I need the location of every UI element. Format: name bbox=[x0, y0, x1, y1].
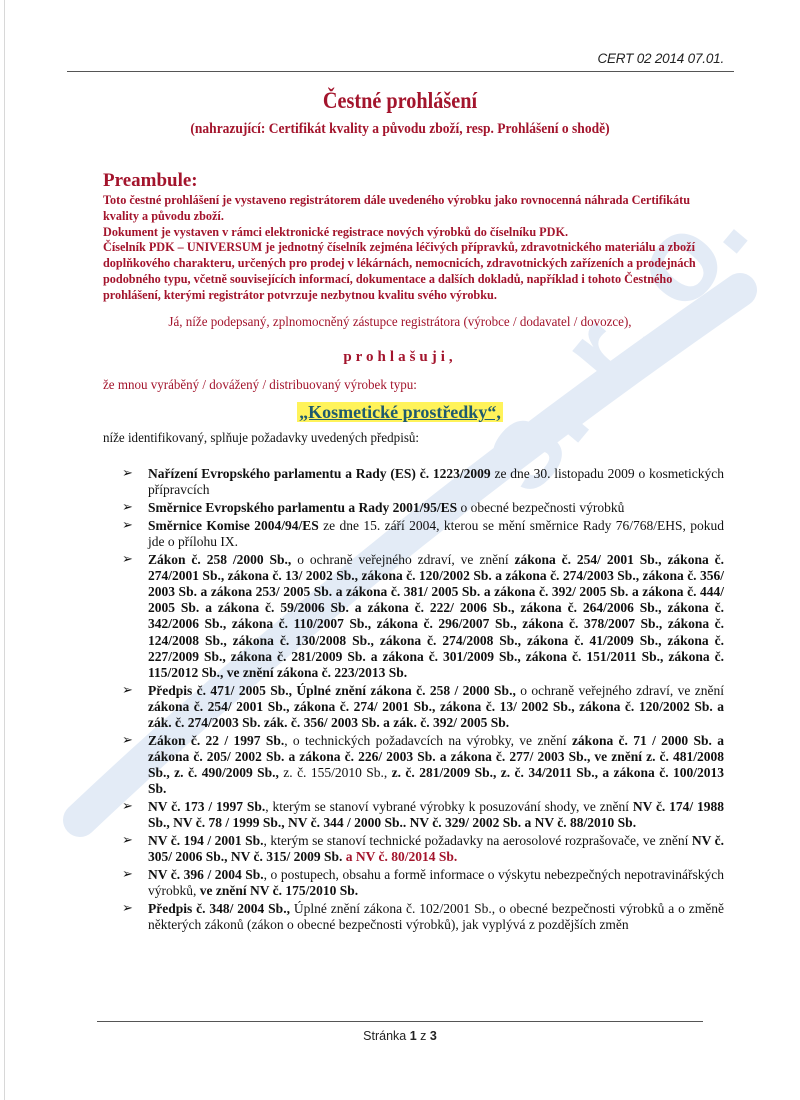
regulation-text: z. č. 155/2010 Sb., bbox=[279, 765, 392, 780]
regulation-text: o ochraně veřejného zdraví, ve znění bbox=[516, 683, 724, 698]
declarant-line: Já, níže podepsaný, zplnomocněný zástupc… bbox=[28, 315, 772, 331]
arrowhead-bullet-icon: ➢ bbox=[122, 552, 133, 568]
arrowhead-bullet-icon: ➢ bbox=[122, 833, 133, 849]
arrowhead-bullet-icon: ➢ bbox=[122, 500, 133, 516]
preamble-paragraph: Číselník PDK – UNIVERSUM je jednotný čís… bbox=[103, 239, 705, 302]
arrowhead-bullet-icon: ➢ bbox=[122, 683, 133, 699]
declare-word: prohlašuji, bbox=[0, 349, 800, 366]
regulation-text: Zákon č. 22 / 1997 Sb. bbox=[148, 733, 284, 748]
regulation-text: a NV č. 80/2014 Sb. bbox=[342, 849, 457, 864]
regulation-item: ➢Zákon č. 22 / 1997 Sb., o technických p… bbox=[122, 733, 724, 798]
page-edge-line bbox=[4, 0, 5, 1100]
regulation-text: o ochraně veřejného zdraví, ve znění bbox=[291, 552, 514, 567]
page-separator: z bbox=[420, 1029, 426, 1043]
product-type-line: že mnou vyráběný / dovážený / distribuov… bbox=[103, 378, 417, 394]
regulation-item: ➢NV č. 396 / 2004 Sb., o postupech, obsa… bbox=[122, 867, 724, 899]
regulation-text: NV č. 194 / 2001 Sb. bbox=[148, 833, 264, 848]
arrowhead-bullet-icon: ➢ bbox=[122, 901, 133, 917]
regulation-text: Směrnice Komise 2004/94/ES bbox=[148, 518, 319, 533]
document-code: CERT 02 2014 07.01. bbox=[597, 51, 724, 66]
identified-line: níže identifikovaný, splňuje požadavky u… bbox=[103, 431, 419, 447]
regulation-item: ➢Zákon č. 258 /2000 Sb., o ochraně veřej… bbox=[122, 552, 724, 682]
preamble-paragraph: Toto čestné prohlášení je vystaveno regi… bbox=[103, 192, 705, 224]
preamble-paragraph: Dokument je vystaven v rámci elektronick… bbox=[103, 224, 705, 240]
regulation-item: ➢NV č. 173 / 1997 Sb., kterým se stanoví… bbox=[122, 799, 724, 831]
arrowhead-bullet-icon: ➢ bbox=[122, 466, 133, 482]
regulation-item: ➢Směrnice Evropského parlamentu a Rady 2… bbox=[122, 500, 724, 516]
page-label: Stránka bbox=[363, 1029, 406, 1043]
product-type-block: „Kosmetické prostředky“, bbox=[0, 402, 800, 423]
product-type-highlight: „Kosmetické prostředky“, bbox=[297, 402, 503, 422]
regulation-text: Předpis č. 471/ 2005 Sb., Úplné znění zá… bbox=[148, 683, 516, 698]
header-divider bbox=[67, 71, 734, 72]
regulation-text: NV č. 173 / 1997 Sb. bbox=[148, 799, 265, 814]
arrowhead-bullet-icon: ➢ bbox=[122, 799, 133, 815]
preamble-body: Toto čestné prohlášení je vystaveno regi… bbox=[103, 192, 705, 303]
footer-divider bbox=[97, 1021, 703, 1022]
document-subtitle: (nahrazující: Certifikát kvality a původ… bbox=[40, 121, 760, 138]
regulation-text: zákona č. 254/ 2001 Sb., zákona č. 274/ … bbox=[148, 699, 724, 730]
document-title: Čestné prohlášení bbox=[48, 88, 752, 114]
regulation-item: ➢Předpis č. 471/ 2005 Sb., Úplné znění z… bbox=[122, 683, 724, 732]
arrowhead-bullet-icon: ➢ bbox=[122, 733, 133, 749]
page-number: Stránka 1 z 3 bbox=[0, 1029, 800, 1043]
regulation-text: Nařízení Evropského parlamentu a Rady (E… bbox=[148, 466, 491, 481]
regulation-item: ➢Směrnice Komise 2004/94/ES ze dne 15. z… bbox=[122, 518, 724, 550]
regulation-text: ve znění NV č. 175/2010 Sb. bbox=[200, 883, 358, 898]
regulation-item: ➢Předpis č. 348/ 2004 Sb., Úplné znění z… bbox=[122, 901, 724, 933]
regulation-text: , kterým se stanoví vybrané výrobky k po… bbox=[265, 799, 633, 814]
current-page: 1 bbox=[410, 1029, 417, 1043]
regulation-text: NV č. 396 / 2004 Sb. bbox=[148, 867, 264, 882]
arrowhead-bullet-icon: ➢ bbox=[122, 518, 133, 534]
regulation-text: , kterým se stanoví technické požadavky … bbox=[264, 833, 692, 848]
regulations-list: ➢Nařízení Evropského parlamentu a Rady (… bbox=[122, 466, 724, 935]
total-pages: 3 bbox=[430, 1029, 437, 1043]
regulation-text: Zákon č. 258 /2000 Sb., bbox=[148, 552, 291, 567]
preamble-heading: Preambule: bbox=[103, 170, 198, 192]
arrowhead-bullet-icon: ➢ bbox=[122, 867, 133, 883]
regulation-item: ➢NV č. 194 / 2001 Sb., kterým se stanoví… bbox=[122, 833, 724, 865]
regulation-text: Směrnice Evropského parlamentu a Rady 20… bbox=[148, 500, 457, 515]
regulation-item: ➢Nařízení Evropského parlamentu a Rady (… bbox=[122, 466, 724, 498]
regulation-text: , o technických požadavcích na výrobky, … bbox=[284, 733, 572, 748]
regulation-text: Předpis č. 348/ 2004 Sb., bbox=[148, 901, 290, 916]
regulation-text: zákona č. 254/ 2001 Sb., zákona č. 274/2… bbox=[148, 552, 724, 680]
regulation-text: o obecné bezpečnosti výrobků bbox=[457, 500, 624, 515]
